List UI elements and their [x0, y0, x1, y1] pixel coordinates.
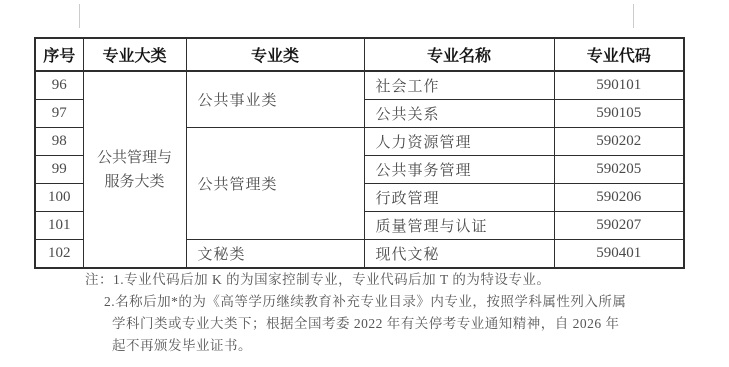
cell-serial: 100: [35, 184, 83, 212]
footnote-line-4: 起不再颁发毕业证书。: [112, 335, 665, 357]
cell-major-name: 现代文秘: [364, 240, 554, 269]
cell-major-name: 行政管理: [364, 184, 554, 212]
cell-major-class: 公共事业类: [186, 71, 364, 128]
cell-serial: 97: [35, 100, 83, 128]
header-major-code: 专业代码: [554, 38, 684, 71]
cell-serial: 102: [35, 240, 83, 269]
gridline-artifact-left: [79, 4, 80, 28]
cell-major-code: 590105: [554, 100, 684, 128]
cell-major-code: 590202: [554, 128, 684, 156]
cell-category: 公共管理与服务大类: [83, 71, 186, 268]
cell-serial: 99: [35, 156, 83, 184]
cell-major-code: 590205: [554, 156, 684, 184]
header-serial: 序号: [35, 38, 83, 71]
cell-major-class: 文秘类: [186, 240, 364, 269]
cell-major-code: 590207: [554, 212, 684, 240]
header-major-class: 专业类: [186, 38, 364, 71]
cell-major-name: 社会工作: [364, 71, 554, 100]
table-row: 96 公共管理与服务大类 公共事业类 社会工作 590101: [35, 71, 684, 100]
footnote-line-2: 2.名称后加*的为《高等学历继续教育补充专业目录》内专业，按照学科属性列入所属: [104, 291, 665, 313]
cell-major-code: 590101: [554, 71, 684, 100]
category-line1: 公共管理与: [97, 150, 172, 166]
document-page: 序号 专业大类 专业类 专业名称 专业代码 96 公共管理与服务大类 公共事业类…: [0, 0, 729, 367]
cell-major-name: 质量管理与认证: [364, 212, 554, 240]
cell-serial: 96: [35, 71, 83, 100]
cell-major-name: 公共关系: [364, 100, 554, 128]
cell-major-code: 590401: [554, 240, 684, 269]
header-major-name: 专业名称: [364, 38, 554, 71]
cell-major-name: 公共事务管理: [364, 156, 554, 184]
cell-major-code: 590206: [554, 184, 684, 212]
footnote-line-1: 注：1.专业代码后加 K 的为国家控制专业，专业代码后加 T 的为特设专业。: [85, 269, 665, 291]
cell-major-name: 人力资源管理: [364, 128, 554, 156]
footnotes: 注：1.专业代码后加 K 的为国家控制专业，专业代码后加 T 的为特设专业。 2…: [85, 269, 665, 357]
major-catalog-table: 序号 专业大类 专业类 专业名称 专业代码 96 公共管理与服务大类 公共事业类…: [34, 37, 685, 269]
header-row: 序号 专业大类 专业类 专业名称 专业代码: [35, 38, 684, 71]
footnote-line-3: 学科门类或专业大类下；根据全国考委 2022 年有关停考专业通知精神，自 202…: [112, 313, 665, 335]
gridline-artifact-right: [633, 4, 634, 28]
header-category: 专业大类: [83, 38, 186, 71]
category-line2: 服务大类: [104, 174, 164, 190]
cell-serial: 101: [35, 212, 83, 240]
cell-serial: 98: [35, 128, 83, 156]
cell-major-class: 公共管理类: [186, 128, 364, 240]
